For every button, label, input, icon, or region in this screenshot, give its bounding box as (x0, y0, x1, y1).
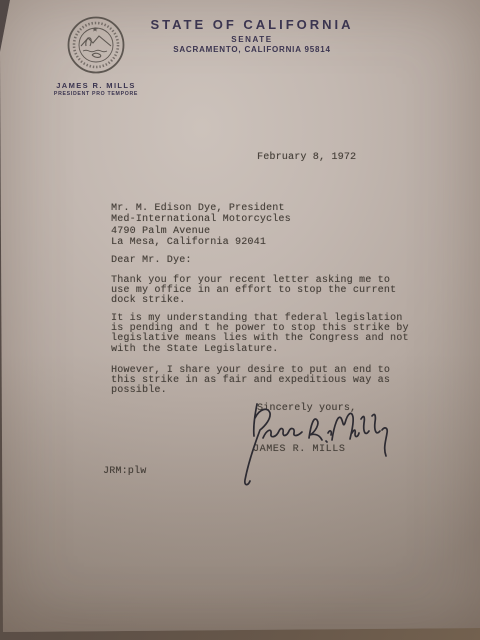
reference-initials: JRM:plw (103, 466, 146, 477)
letter-paper: STATE OF CALIFORNIA SENATE SACRAMENTO, C… (0, 0, 480, 640)
handwritten-signature-james-r-mills (236, 402, 396, 497)
letterhead-division: SENATE (92, 35, 412, 44)
letterhead-org-title: STATE OF CALIFORNIA (92, 17, 412, 32)
letterhead-city-line: SACRAMENTO, CALIFORNIA 95814 (92, 45, 412, 54)
letterhead-sender-name: JAMES R. MILLS (26, 81, 166, 90)
body-paragraph: It is my understanding that federal legi… (111, 314, 409, 355)
recipient-line: La Mesa, California 92041 (111, 237, 291, 248)
recipient-line: 4790 Palm Avenue (111, 226, 291, 237)
letter-date: February 8, 1972 (257, 152, 356, 163)
letterhead-sender-title: PRESIDENT PRO TEMPORE (26, 91, 166, 97)
recipient-line: Med-International Motorcycles (111, 214, 291, 225)
california-state-seal-icon (64, 13, 128, 77)
recipient-line: Mr. M. Edison Dye, President (111, 203, 291, 214)
salutation: Dear Mr. Dye: (111, 255, 192, 266)
body-paragraph: Thank you for your recent letter asking … (111, 276, 396, 307)
letter-photo: STATE OF CALIFORNIA SENATE SACRAMENTO, C… (0, 0, 480, 640)
body-paragraph: However, I share your desire to put an e… (111, 366, 390, 397)
recipient-address-block: Mr. M. Edison Dye, President Med-Interna… (111, 203, 291, 248)
